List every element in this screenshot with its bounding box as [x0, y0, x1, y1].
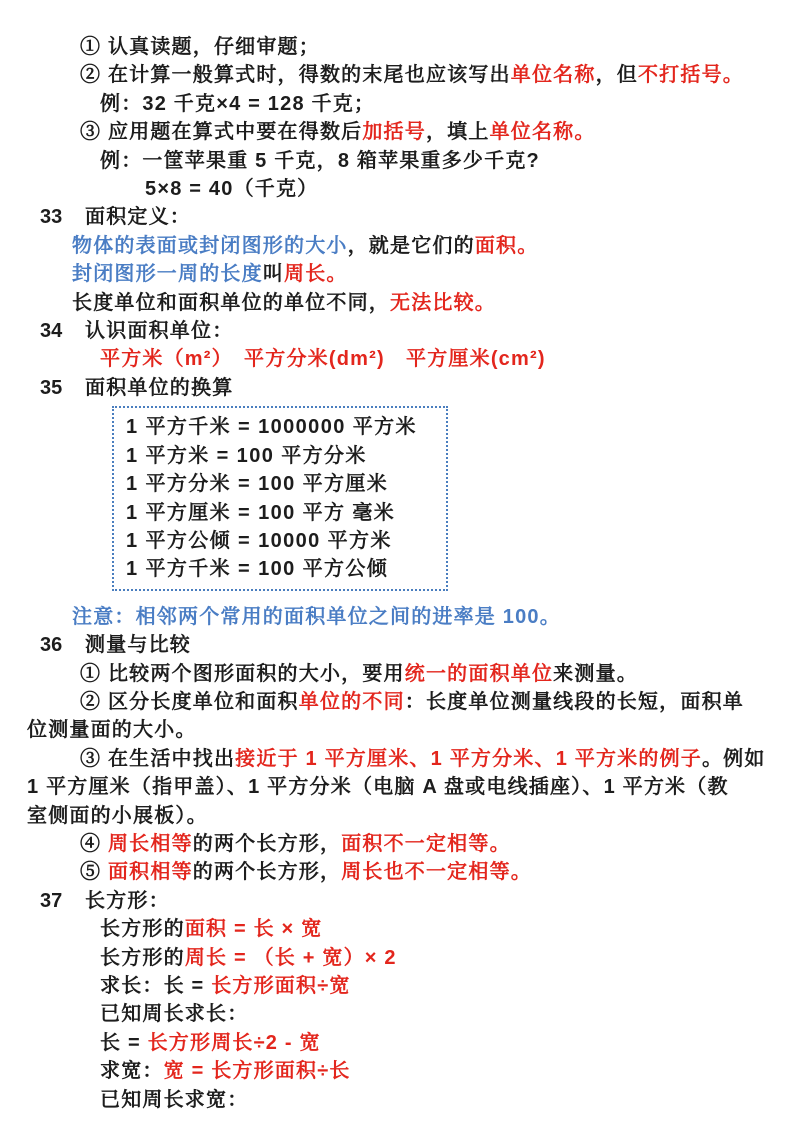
text-segment: 1 平方公倾 = 10000 平方米	[126, 530, 392, 552]
text-segment: 接近于 1 平方厘米、1 平方分米、1 平方米的例子	[235, 748, 702, 770]
text-segment: 长方形：	[85, 890, 170, 912]
text-segment: 求宽：	[100, 1060, 164, 1082]
text-segment: 面积单位的换算	[85, 377, 233, 399]
tip-item-1: ① 认真读题，仔细审题；	[0, 33, 794, 61]
text-segment: 位测量面的大小。	[27, 719, 197, 741]
text-segment: ⑤	[80, 861, 108, 883]
text-segment: 测量与比较	[85, 634, 191, 656]
item-number: 36	[40, 631, 62, 659]
text-segment: 周长 = （长 + 宽）× 2	[185, 947, 397, 969]
list-item-4: ④ 周长相等的两个长方形，面积不一定相等。	[0, 830, 794, 858]
text-segment: 已知周长求宽：	[100, 1089, 248, 1111]
text-segment: 长方形的	[100, 918, 185, 940]
text-segment: 面积定义：	[85, 206, 191, 228]
section-36-heading: 36测量与比较	[0, 631, 794, 659]
text-segment: 已知周长求长：	[100, 1003, 248, 1025]
tip-item-2: ② 在计算一般算式时，得数的末尾也应该写出单位名称，但不打括号。	[0, 61, 794, 89]
text-segment: ③ 应用题在算式中要在得数后	[80, 121, 362, 143]
conversion-line: 1 平方千米 = 1000000 平方米	[126, 413, 440, 441]
list-item-3-wrap: 室侧面的小展板）。	[0, 802, 794, 830]
notes-section-top: ① 认真读题，仔细审题；② 在计算一般算式时，得数的末尾也应该写出单位名称，但不…	[0, 33, 794, 402]
example-line: 例：32 千克×4 = 128 千克；	[0, 90, 794, 118]
text-segment: 长方形面积÷宽	[211, 975, 350, 997]
conversion-line: 1 平方公倾 = 10000 平方米	[126, 527, 440, 555]
text-segment: 认识面积单位：	[85, 320, 233, 342]
text-segment: ① 认真读题，仔细审题；	[80, 36, 320, 58]
text-segment: 平方米（m²） 平方分米(dm²) 平方厘米(cm²)	[100, 348, 546, 370]
formula-line: 长 = 长方形周长÷2 - 宽	[0, 1029, 794, 1057]
text-segment: 来测量。	[553, 663, 638, 685]
text-segment: ：长度单位测量线段的长短，面积单	[405, 691, 744, 713]
text-segment: 长度单位和面积单位的单位不同，	[72, 292, 390, 314]
formula-line: 长方形的面积 = 长 × 宽	[0, 915, 794, 943]
text-segment: 例：32 千克×4 = 128 千克；	[100, 93, 375, 115]
conversion-line: 1 平方千米 = 100 平方公倾	[126, 555, 440, 583]
text-segment: 加括号	[362, 121, 426, 143]
formula-line: 求长：长 = 长方形面积÷宽	[0, 972, 794, 1000]
list-item-5: ⑤ 面积相等的两个长方形，周长也不一定相等。	[0, 858, 794, 886]
text-segment: 面积不一定相等。	[341, 833, 511, 855]
text-segment: 的两个长方形，	[193, 861, 341, 883]
list-item-1: ① 比较两个图形面积的大小，要用统一的面积单位来测量。	[0, 660, 794, 688]
formula-line: 长方形的周长 = （长 + 宽）× 2	[0, 944, 794, 972]
section-35-heading: 35面积单位的换算	[0, 374, 794, 402]
conversion-line: 1 平方厘米 = 100 平方 毫米	[126, 499, 440, 527]
list-item-2: ② 区分长度单位和面积单位的不同：长度单位测量线段的长短，面积单	[0, 688, 794, 716]
text-segment: 1 平方千米 = 100 平方公倾	[126, 558, 388, 580]
text-segment: ，但	[596, 64, 638, 86]
text-segment: 叫	[263, 263, 284, 285]
text-segment: 面积 = 长 × 宽	[185, 918, 323, 940]
tip-item-3: ③ 应用题在算式中要在得数后加括号，填上单位名称。	[0, 118, 794, 146]
item-number: 34	[40, 317, 62, 345]
text-segment: 1 平方千米 = 1000000 平方米	[126, 416, 417, 438]
text-segment: 1 平方分米 = 100 平方厘米	[126, 473, 388, 495]
area-units-line: 平方米（m²） 平方分米(dm²) 平方厘米(cm²)	[0, 345, 794, 373]
example-line: 例：一筐苹果重 5 千克，8 箱苹果重多少千克?	[0, 147, 794, 175]
formula-label-line: 已知周长求长：	[0, 1000, 794, 1028]
item-number: 35	[40, 374, 62, 402]
text-segment: ② 在计算一般算式时，得数的末尾也应该写出	[80, 64, 511, 86]
text-segment: 1 平方厘米（指甲盖）、1 平方分米（电脑 A 盘或电线插座）、1 平方米（教	[27, 776, 729, 798]
list-item-2-wrap: 位测量面的大小。	[0, 716, 794, 744]
text-segment: 周长。	[284, 263, 348, 285]
text-segment: 注意：相邻两个常用的面积单位之间的进率是 100。	[72, 606, 561, 628]
text-segment: 统一的面积单位	[405, 663, 553, 685]
item-number: 33	[40, 203, 62, 231]
list-item-3: ③ 在生活中找出接近于 1 平方厘米、1 平方分米、1 平方米的例子。例如	[0, 745, 794, 773]
text-segment: 长方形的	[100, 947, 185, 969]
conversion-box: 1 平方千米 = 1000000 平方米1 平方米 = 100 平方分米1 平方…	[112, 406, 448, 590]
text-segment: 长 =	[100, 1032, 148, 1054]
text-segment: ④	[80, 833, 108, 855]
definition-line: 长度单位和面积单位的单位不同，无法比较。	[0, 289, 794, 317]
text-segment: 不打括号。	[638, 64, 744, 86]
text-segment: 单位的不同	[299, 691, 405, 713]
text-segment: 物体的表面或封闭图形的大小	[72, 235, 348, 257]
text-segment: 求长：长 =	[100, 975, 211, 997]
text-segment: ② 区分长度单位和面积	[80, 691, 299, 713]
item-number: 37	[40, 887, 62, 915]
document-page: ① 认真读题，仔细审题；② 在计算一般算式时，得数的末尾也应该写出单位名称，但不…	[0, 0, 794, 1123]
text-segment: 的两个长方形，	[193, 833, 341, 855]
text-segment: ③ 在生活中找出	[80, 748, 235, 770]
text-segment: 周长也不一定相等。	[341, 861, 532, 883]
text-segment: 室侧面的小展板）。	[27, 805, 208, 827]
text-segment: 1 平方米 = 100 平方分米	[126, 445, 367, 467]
note-line: 注意：相邻两个常用的面积单位之间的进率是 100。	[0, 603, 794, 631]
section-33-heading: 33面积定义：	[0, 203, 794, 231]
text-segment: 长方形周长÷2 - 宽	[148, 1032, 321, 1054]
text-segment: 面积相等	[108, 861, 193, 883]
list-item-3-wrap: 1 平方厘米（指甲盖）、1 平方分米（电脑 A 盘或电线插座）、1 平方米（教	[0, 773, 794, 801]
definition-line: 物体的表面或封闭图形的大小，就是它们的面积。	[0, 232, 794, 260]
text-segment: 无法比较。	[390, 292, 496, 314]
text-segment: ，填上	[426, 121, 490, 143]
text-segment: ，就是它们的	[348, 235, 475, 257]
text-segment: 。例如	[702, 748, 766, 770]
text-segment: 单位名称	[511, 64, 596, 86]
formula-line: 求宽：宽 = 长方形面积÷长	[0, 1057, 794, 1085]
conversion-line: 1 平方米 = 100 平方分米	[126, 442, 440, 470]
text-segment: 周长相等	[108, 833, 193, 855]
text-segment: 封闭图形一周的长度	[72, 263, 263, 285]
section-34-heading: 34认识面积单位：	[0, 317, 794, 345]
section-37-heading: 37长方形：	[0, 887, 794, 915]
formula-label-line: 已知周长求宽：	[0, 1086, 794, 1114]
text-segment: 单位名称。	[490, 121, 596, 143]
text-segment: ① 比较两个图形面积的大小，要用	[80, 663, 405, 685]
text-segment: 面积。	[475, 235, 539, 257]
example-answer-line: 5×8 = 40（千克）	[0, 175, 794, 203]
text-segment: 1 平方厘米 = 100 平方 毫米	[126, 502, 395, 524]
text-segment: 宽 = 长方形面积÷长	[164, 1060, 351, 1082]
text-segment: 5×8 = 40（千克）	[145, 178, 318, 200]
conversion-line: 1 平方分米 = 100 平方厘米	[126, 470, 440, 498]
text-segment: 例：一筐苹果重 5 千克，8 箱苹果重多少千克?	[100, 150, 540, 172]
notes-section-bottom: 注意：相邻两个常用的面积单位之间的进率是 100。36测量与比较① 比较两个图形…	[0, 603, 794, 1114]
definition-line: 封闭图形一周的长度叫周长。	[0, 260, 794, 288]
